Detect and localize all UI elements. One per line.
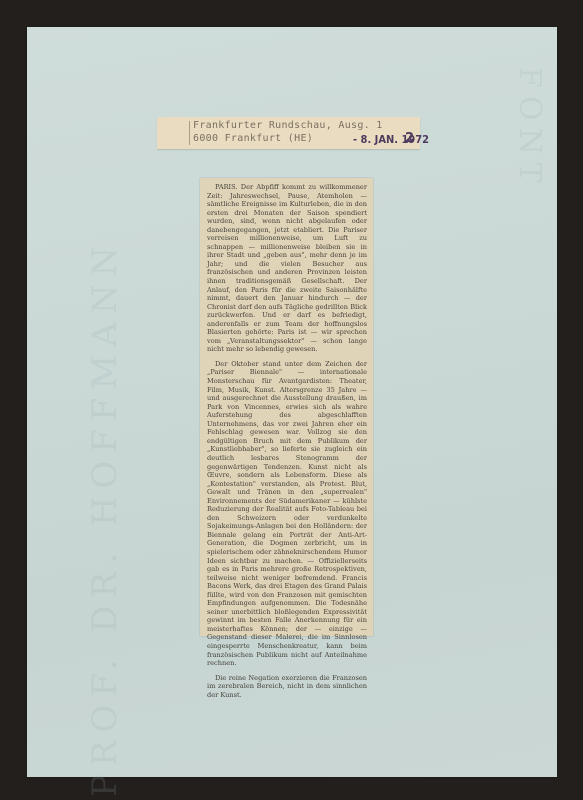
article-paragraph-2: Der Oktober stand unter dem Zeichen der … xyxy=(207,360,367,668)
stamp-number: 2 xyxy=(405,131,414,146)
watermark-right: FONT xyxy=(512,67,547,191)
source-publication: Frankfurter Rundschau, Ausg. 1 xyxy=(193,120,383,131)
source-location: 6000 Frankfurt (HE) xyxy=(193,133,313,144)
date-stamp: - 8. JAN. 1972 xyxy=(353,133,429,146)
newspaper-clipping: PARIS. Der Abpfiff kommt zu willkommener… xyxy=(200,178,373,636)
source-label: Frankfurter Rundschau, Ausg. 1 6000 Fran… xyxy=(157,117,420,149)
label-divider xyxy=(189,121,190,145)
watermark-left: PROF. DR. HOFFMANN xyxy=(85,239,125,797)
article-paragraph-3: Die reine Negation exerzieren die Franzo… xyxy=(207,674,367,700)
article-paragraph-1: PARIS. Der Abpfiff kommt zu willkommener… xyxy=(207,183,367,354)
